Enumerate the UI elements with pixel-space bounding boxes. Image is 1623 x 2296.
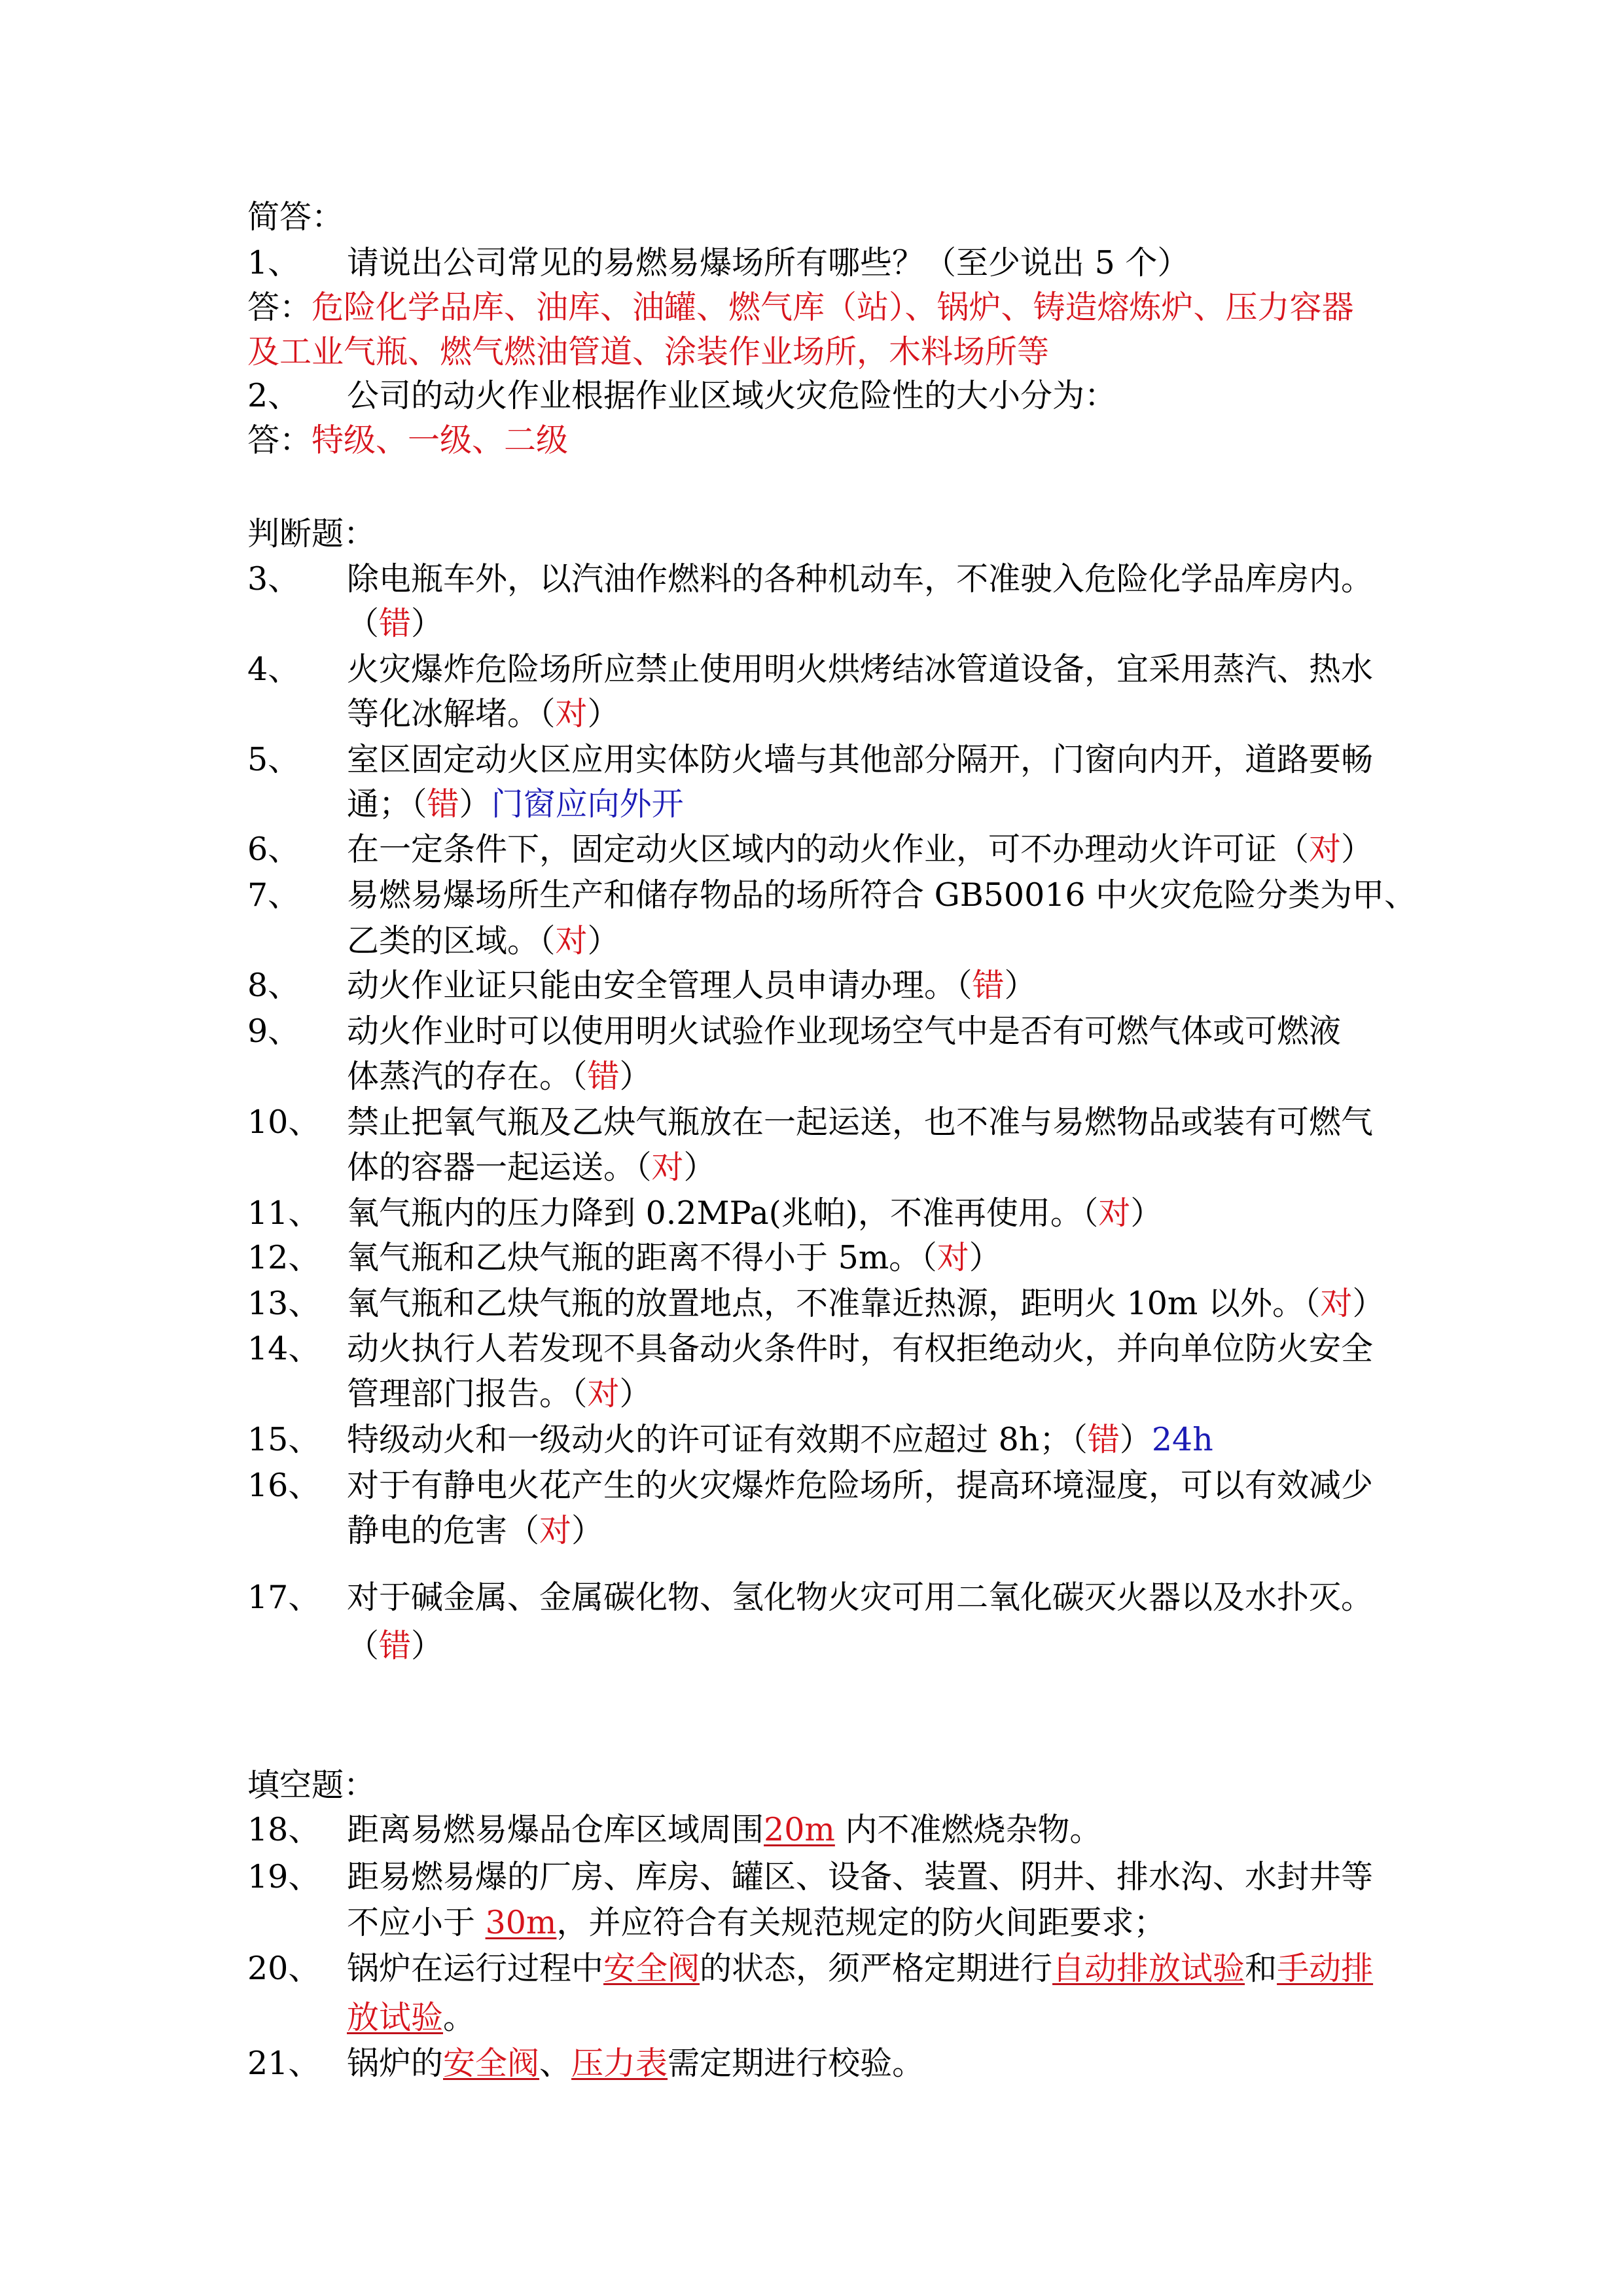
question-text-cont: 体蒸汽的存在。（错） [347, 1057, 652, 1096]
section-title-fill-blank: 填空题： [247, 1766, 376, 1805]
question-number: 4、 [247, 650, 300, 689]
question-text: 室区固定动火区应用实体防火墙与其他部分隔开，门窗向内开，道路要畅 [347, 740, 1373, 780]
paren-open: （ [921, 1239, 937, 1276]
text: 和 [1245, 1950, 1277, 1987]
text: 动火作业证只能由安全管理人员申请办理。 [347, 967, 956, 1004]
answer-text: 特级、一级、二级 [312, 422, 568, 459]
tf-mark: 对 [539, 1512, 571, 1549]
question-text-cont: 放试验。 [347, 1998, 475, 2037]
question-number: 15、 [247, 1420, 320, 1460]
question-text-cont: 管理部门报告。（对） [347, 1374, 652, 1414]
question-number: 1、 [247, 243, 300, 283]
blank-answer: 自动排放试验 [1052, 1950, 1245, 1987]
question-answer: （错） [347, 1626, 443, 1666]
question-text-cont: 静电的危害（对） [347, 1511, 603, 1551]
question-number: 19、 [247, 1857, 320, 1897]
text: 锅炉在运行过程中 [347, 1950, 603, 1987]
text: 需定期进行校验。 [668, 2045, 924, 2082]
paren-open: （ [635, 1149, 652, 1186]
question-number: 7、 [247, 876, 300, 915]
text: 的状态，须严格定期进行 [700, 1950, 1052, 1987]
blank-answer: 安全阀 [443, 2045, 539, 2082]
question-number: 21、 [247, 2044, 320, 2083]
question-text: 距离易燃易爆品仓库区域周围20m 内不准燃烧杂物。 [347, 1810, 1101, 1850]
question-number: 10、 [247, 1103, 320, 1142]
question-number: 14、 [247, 1329, 320, 1369]
text: 管理部门报告。 [347, 1375, 571, 1412]
question-text: 对于碱金属、金属碳化物、氢化物火灾可用二氧化碳灭火器以及水扑灭。 [347, 1578, 1373, 1617]
question-text: 锅炉在运行过程中安全阀的状态，须严格定期进行自动排放试验和手动排 [347, 1949, 1373, 1988]
question-text: 请说出公司常见的易燃易爆场所有哪些？（至少说出 5 个） [347, 243, 1189, 283]
paren-open: （ [1071, 1421, 1088, 1458]
paren-open: （ [571, 1058, 588, 1095]
text: 距离易燃易爆品仓库区域周围 [347, 1811, 764, 1848]
question-number: 3、 [247, 560, 300, 599]
paren-open: （ [411, 785, 427, 823]
question-text: 距易燃易爆的厂房、库房、罐区、设备、装置、阴井、排水沟、水封井等 [347, 1857, 1373, 1897]
question-number: 17、 [247, 1578, 320, 1617]
question-number: 6、 [247, 830, 300, 869]
tf-mark: 错 [379, 605, 411, 642]
question-text: 特级动火和一级动火的许可证有效期不应超过 8h；（错）24h [347, 1420, 1213, 1460]
paren-close: ） [411, 1627, 443, 1664]
question-answer: （错） [347, 604, 443, 643]
answer-label: 答： [247, 422, 312, 459]
question-text: 在一定条件下，固定动火区域内的动火作业，可不办理动火许可证（对） [347, 830, 1373, 869]
answer-line: 答：危险化学品库、油库、油罐、燃气库（站）、锅炉、铸造熔炼炉、压力容器 [247, 288, 1354, 327]
text: ，并应符合有关规范规定的防火间距要求； [556, 1904, 1166, 1941]
paren-close: ） [969, 1239, 1001, 1276]
paren-open: （ [1304, 1285, 1321, 1322]
question-text: 动火作业时可以使用明火试验作业现场空气中是否有可燃气体或可燃液 [347, 1012, 1341, 1051]
question-text: 氧气瓶和乙炔气瓶的距离不得小于 5m。（对） [347, 1238, 1001, 1278]
paren-open: （ [347, 1627, 379, 1664]
question-text: 动火执行人若发现不具备动火条件时，有权拒绝动火，并向单位防火安全 [347, 1329, 1373, 1369]
text: 乙类的区域。 [347, 922, 539, 960]
paren-close: ） [620, 1058, 652, 1095]
answer-line: 答：特级、一级、二级 [247, 421, 568, 460]
tf-mark: 对 [556, 922, 588, 960]
text: 等化冰解堵。 [347, 695, 539, 732]
tf-mark: 错 [972, 967, 1005, 1004]
blank-answer: 放试验 [347, 1999, 443, 2036]
paren-close: ） [411, 605, 443, 642]
question-text: 公司的动火作业根据作业区域火灾危险性的大小分为： [347, 376, 1116, 416]
question-text: 易燃易爆场所生产和储存物品的场所符合 GB50016 中火灾危险分类为甲、 [347, 876, 1416, 915]
paren-open: （ [539, 922, 556, 960]
answer-text: 危险化学品库、油库、油罐、燃气库（站）、锅炉、铸造熔炼炉、压力容器 [312, 289, 1354, 326]
answer-text: 及工业气瓶、燃气燃油管道、涂装作业场所，木料场所等 [247, 332, 1049, 372]
text: 在一定条件下，固定动火区域内的动火作业，可不办理动火许可证 [347, 831, 1277, 868]
question-number: 16、 [247, 1466, 320, 1505]
text: 内不准燃烧杂物。 [835, 1811, 1102, 1848]
paren-close: ） [620, 1375, 652, 1412]
question-text: 动火作业证只能由安全管理人员申请办理。（错） [347, 966, 1037, 1005]
question-text-cont: 体的容器一起运送。（对） [347, 1148, 716, 1187]
tf-mark: 错 [1088, 1421, 1120, 1458]
question-number: 2、 [247, 376, 300, 416]
correction-note: 24h [1152, 1421, 1213, 1458]
question-text: 锅炉的安全阀、压力表需定期进行校验。 [347, 2044, 924, 2083]
paren-close: ） [1130, 1194, 1162, 1232]
paren-open: （ [347, 605, 379, 642]
question-number: 12、 [247, 1238, 320, 1278]
paren-open: （ [507, 1512, 539, 1549]
question-number: 11、 [247, 1194, 320, 1233]
section-title-short-answer: 简答： [247, 198, 344, 237]
question-number: 5、 [247, 740, 300, 780]
paren-close: ） [1341, 831, 1373, 868]
tf-mark: 对 [1098, 1194, 1130, 1232]
tf-mark: 错 [588, 1058, 620, 1095]
text: 不应小于 [347, 1904, 486, 1941]
tf-mark: 对 [1320, 1285, 1352, 1322]
paren-close: ） [1120, 1421, 1152, 1458]
tf-mark: 对 [937, 1239, 969, 1276]
question-text: 对于有静电火花产生的火灾爆炸危险场所，提高环境湿度，可以有效减少 [347, 1466, 1373, 1505]
tf-mark: 对 [1309, 831, 1341, 868]
section-title-true-false: 判断题： [247, 514, 376, 554]
text: 体的容器一起运送。 [347, 1149, 635, 1186]
question-number: 9、 [247, 1012, 300, 1051]
paren-open: （ [571, 1375, 588, 1412]
text: 氧气瓶和乙炔气瓶的放置地点，不准靠近热源，距明火 10m 以外。 [347, 1285, 1304, 1322]
paren-open: （ [1082, 1194, 1099, 1232]
paren-close: ） [459, 785, 491, 823]
question-number: 8、 [247, 966, 300, 1005]
tf-mark: 错 [427, 785, 459, 823]
question-text: 氧气瓶和乙炔气瓶的放置地点，不准靠近热源，距明火 10m 以外。（对） [347, 1284, 1385, 1323]
paren-open: （ [956, 967, 972, 1004]
answer-label: 答： [247, 289, 312, 326]
question-text-cont: 不应小于 30m，并应符合有关规范规定的防火间距要求； [347, 1903, 1166, 1943]
question-text: 火灾爆炸危险场所应禁止使用明火烘烤结冰管道设备，宜采用蒸汽、热水 [347, 650, 1373, 689]
correction-note: 门窗应向外开 [491, 785, 684, 823]
paren-open: （ [539, 695, 556, 732]
question-text: 禁止把氧气瓶及乙炔气瓶放在一起运送，也不准与易燃物品或装有可燃气 [347, 1103, 1373, 1142]
text: 体蒸汽的存在。 [347, 1058, 571, 1095]
question-text-cont: 乙类的区域。（对） [347, 922, 620, 961]
question-text-cont: 等化冰解堵。（对） [347, 694, 620, 734]
question-number: 20、 [247, 1949, 320, 1988]
paren-close: ） [1005, 967, 1037, 1004]
text: 特级动火和一级动火的许可证有效期不应超过 8h； [347, 1421, 1071, 1458]
question-text: 氧气瓶内的压力降到 0.2MPa(兆帕)，不准再使用。（对） [347, 1194, 1162, 1233]
blank-answer: 20m [764, 1811, 835, 1848]
question-text-cont: 通；（错）门窗应向外开 [347, 785, 684, 824]
text: 。 [443, 1999, 475, 2036]
paren-close: ） [588, 922, 620, 960]
text: 、 [539, 2045, 571, 2082]
blank-answer: 压力表 [571, 2045, 668, 2082]
text: 通； [347, 785, 411, 823]
text: 锅炉的 [347, 2045, 443, 2082]
paren-close: ） [684, 1149, 716, 1186]
paren-close: ） [588, 695, 620, 732]
question-text: 除电瓶车外，以汽油作燃料的各种机动车，不准驶入危险化学品库房内。 [347, 560, 1373, 599]
blank-answer: 手动排 [1277, 1950, 1373, 1987]
tf-mark: 对 [588, 1375, 620, 1412]
paren-close: ） [1353, 1285, 1385, 1322]
tf-mark: 对 [556, 695, 588, 732]
tf-mark: 对 [652, 1149, 684, 1186]
text: 氧气瓶和乙炔气瓶的距离不得小于 5m。 [347, 1239, 921, 1276]
blank-answer: 30m [486, 1904, 557, 1941]
paren-close: ） [571, 1512, 603, 1549]
text: 静电的危害 [347, 1512, 507, 1549]
question-number: 18、 [247, 1810, 320, 1850]
blank-answer: 安全阀 [603, 1950, 700, 1987]
paren-open: （ [1277, 831, 1309, 868]
tf-mark: 错 [379, 1627, 411, 1664]
question-number: 13、 [247, 1284, 320, 1323]
text: 氧气瓶内的压力降到 0.2MPa(兆帕)，不准再使用。 [347, 1194, 1082, 1232]
